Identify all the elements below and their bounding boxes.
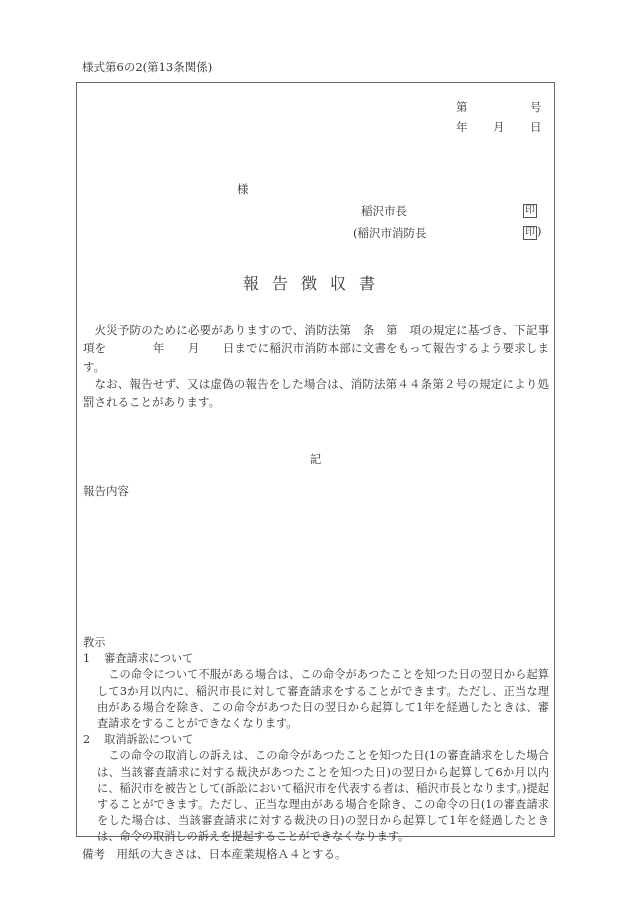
number-prefix: 第: [456, 99, 468, 115]
date-year: 年: [456, 119, 468, 135]
instruction-item-review: 1審査請求について この命令について不服がある場合は、この命令があつたことを知つ…: [83, 651, 549, 732]
report-content-label: 報告内容: [83, 483, 129, 499]
item-body: この命令の取消しの訴えは、この命令があつたことを知つた日(1の審査請求をした場合…: [83, 748, 549, 845]
item-title: 取消訴訟について: [104, 733, 193, 746]
item-number: 1: [83, 652, 90, 665]
addressee-honorific: 様: [237, 181, 249, 197]
item-body: この命令について不服がある場合は、この命令があつたことを知つた日の翌日から起算し…: [83, 667, 549, 732]
issuer-mayor-seal: 印: [523, 202, 537, 218]
form-caption: 様式第6の2(第13条関係): [82, 59, 212, 75]
issuer-fire-chief-name: 稲沢市消防長: [358, 226, 427, 240]
issuer-fire-chief: (稲沢市消防長: [353, 225, 427, 241]
number-suffix: 号: [530, 99, 542, 115]
seal-icon: 印: [523, 226, 537, 240]
ki-label: 記: [77, 451, 554, 467]
close-paren: ): [537, 224, 542, 238]
body-paragraph-request: 火災予防のために必要がありますので、消防法第 条 第 項の規定に基づき、下記事項…: [83, 321, 549, 376]
report-content-area: [83, 501, 549, 631]
instruction-section: 教示 1審査請求について この命令について不服がある場合は、この命令があつたこと…: [83, 635, 549, 846]
seal-icon: 印: [523, 204, 537, 218]
issuer-mayor: 稲沢市長: [361, 203, 407, 219]
item-title: 審査請求について: [104, 652, 193, 665]
item-number: 2: [83, 733, 90, 746]
instruction-item-lawsuit: 2取消訴訟について この命令の取消しの訴えは、この命令があつたことを知つた日(1…: [83, 732, 549, 845]
footnote: 備考 用紙の大きさは、日本産業規格Ａ４とする。: [82, 846, 347, 862]
form-frame: 第 号 年 月 日 様 稲沢市長 印 (稲沢市消防長 印) 報告徴収書 火災予防…: [76, 82, 555, 837]
issuer-fire-chief-seal: 印): [523, 224, 542, 240]
date-day: 日: [530, 119, 542, 135]
instruction-heading: 教示: [83, 635, 549, 651]
date-month: 月: [493, 119, 505, 135]
body-paragraph-penalty: なお、報告せず、又は虚偽の報告をした場合は、消防法第４４条第２号の規定により処罰…: [83, 375, 549, 412]
document-title: 報告徴収書: [77, 271, 554, 294]
